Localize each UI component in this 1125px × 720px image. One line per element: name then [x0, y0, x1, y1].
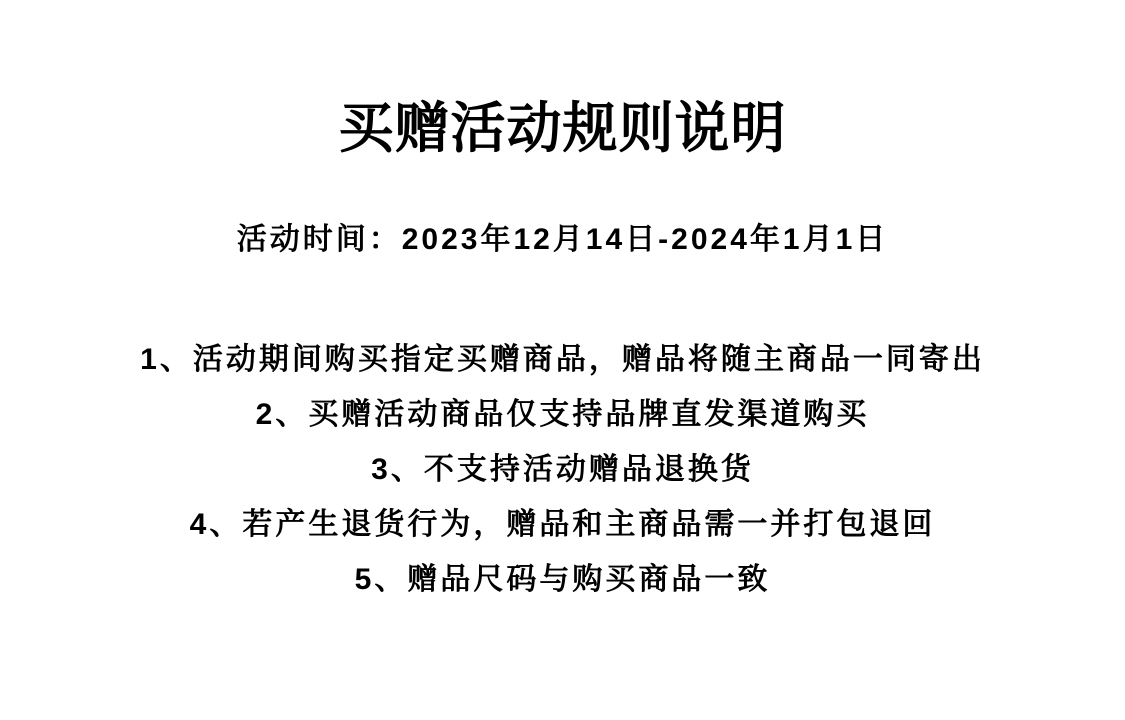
- rule-item-2: 2、买赠活动商品仅支持品牌直发渠道购买: [0, 387, 1125, 442]
- page-title: 买赠活动规则说明: [0, 0, 1125, 160]
- rule-item-3: 3、不支持活动赠品退换货: [0, 442, 1125, 497]
- activity-time-text: 活动时间：2023年12月14日-2024年1月1日: [0, 220, 1125, 260]
- promo-rules-notice: 买赠活动规则说明 活动时间：2023年12月14日-2024年1月1日 1、活动…: [0, 0, 1125, 720]
- rule-item-5: 5、赠品尺码与购买商品一致: [0, 552, 1125, 607]
- rule-item-4: 4、若产生退货行为，赠品和主商品需一并打包退回: [0, 497, 1125, 552]
- rules-list: 1、活动期间购买指定买赠商品，赠品将随主商品一同寄出 2、买赠活动商品仅支持品牌…: [0, 332, 1125, 607]
- rule-item-1: 1、活动期间购买指定买赠商品，赠品将随主商品一同寄出: [0, 332, 1125, 387]
